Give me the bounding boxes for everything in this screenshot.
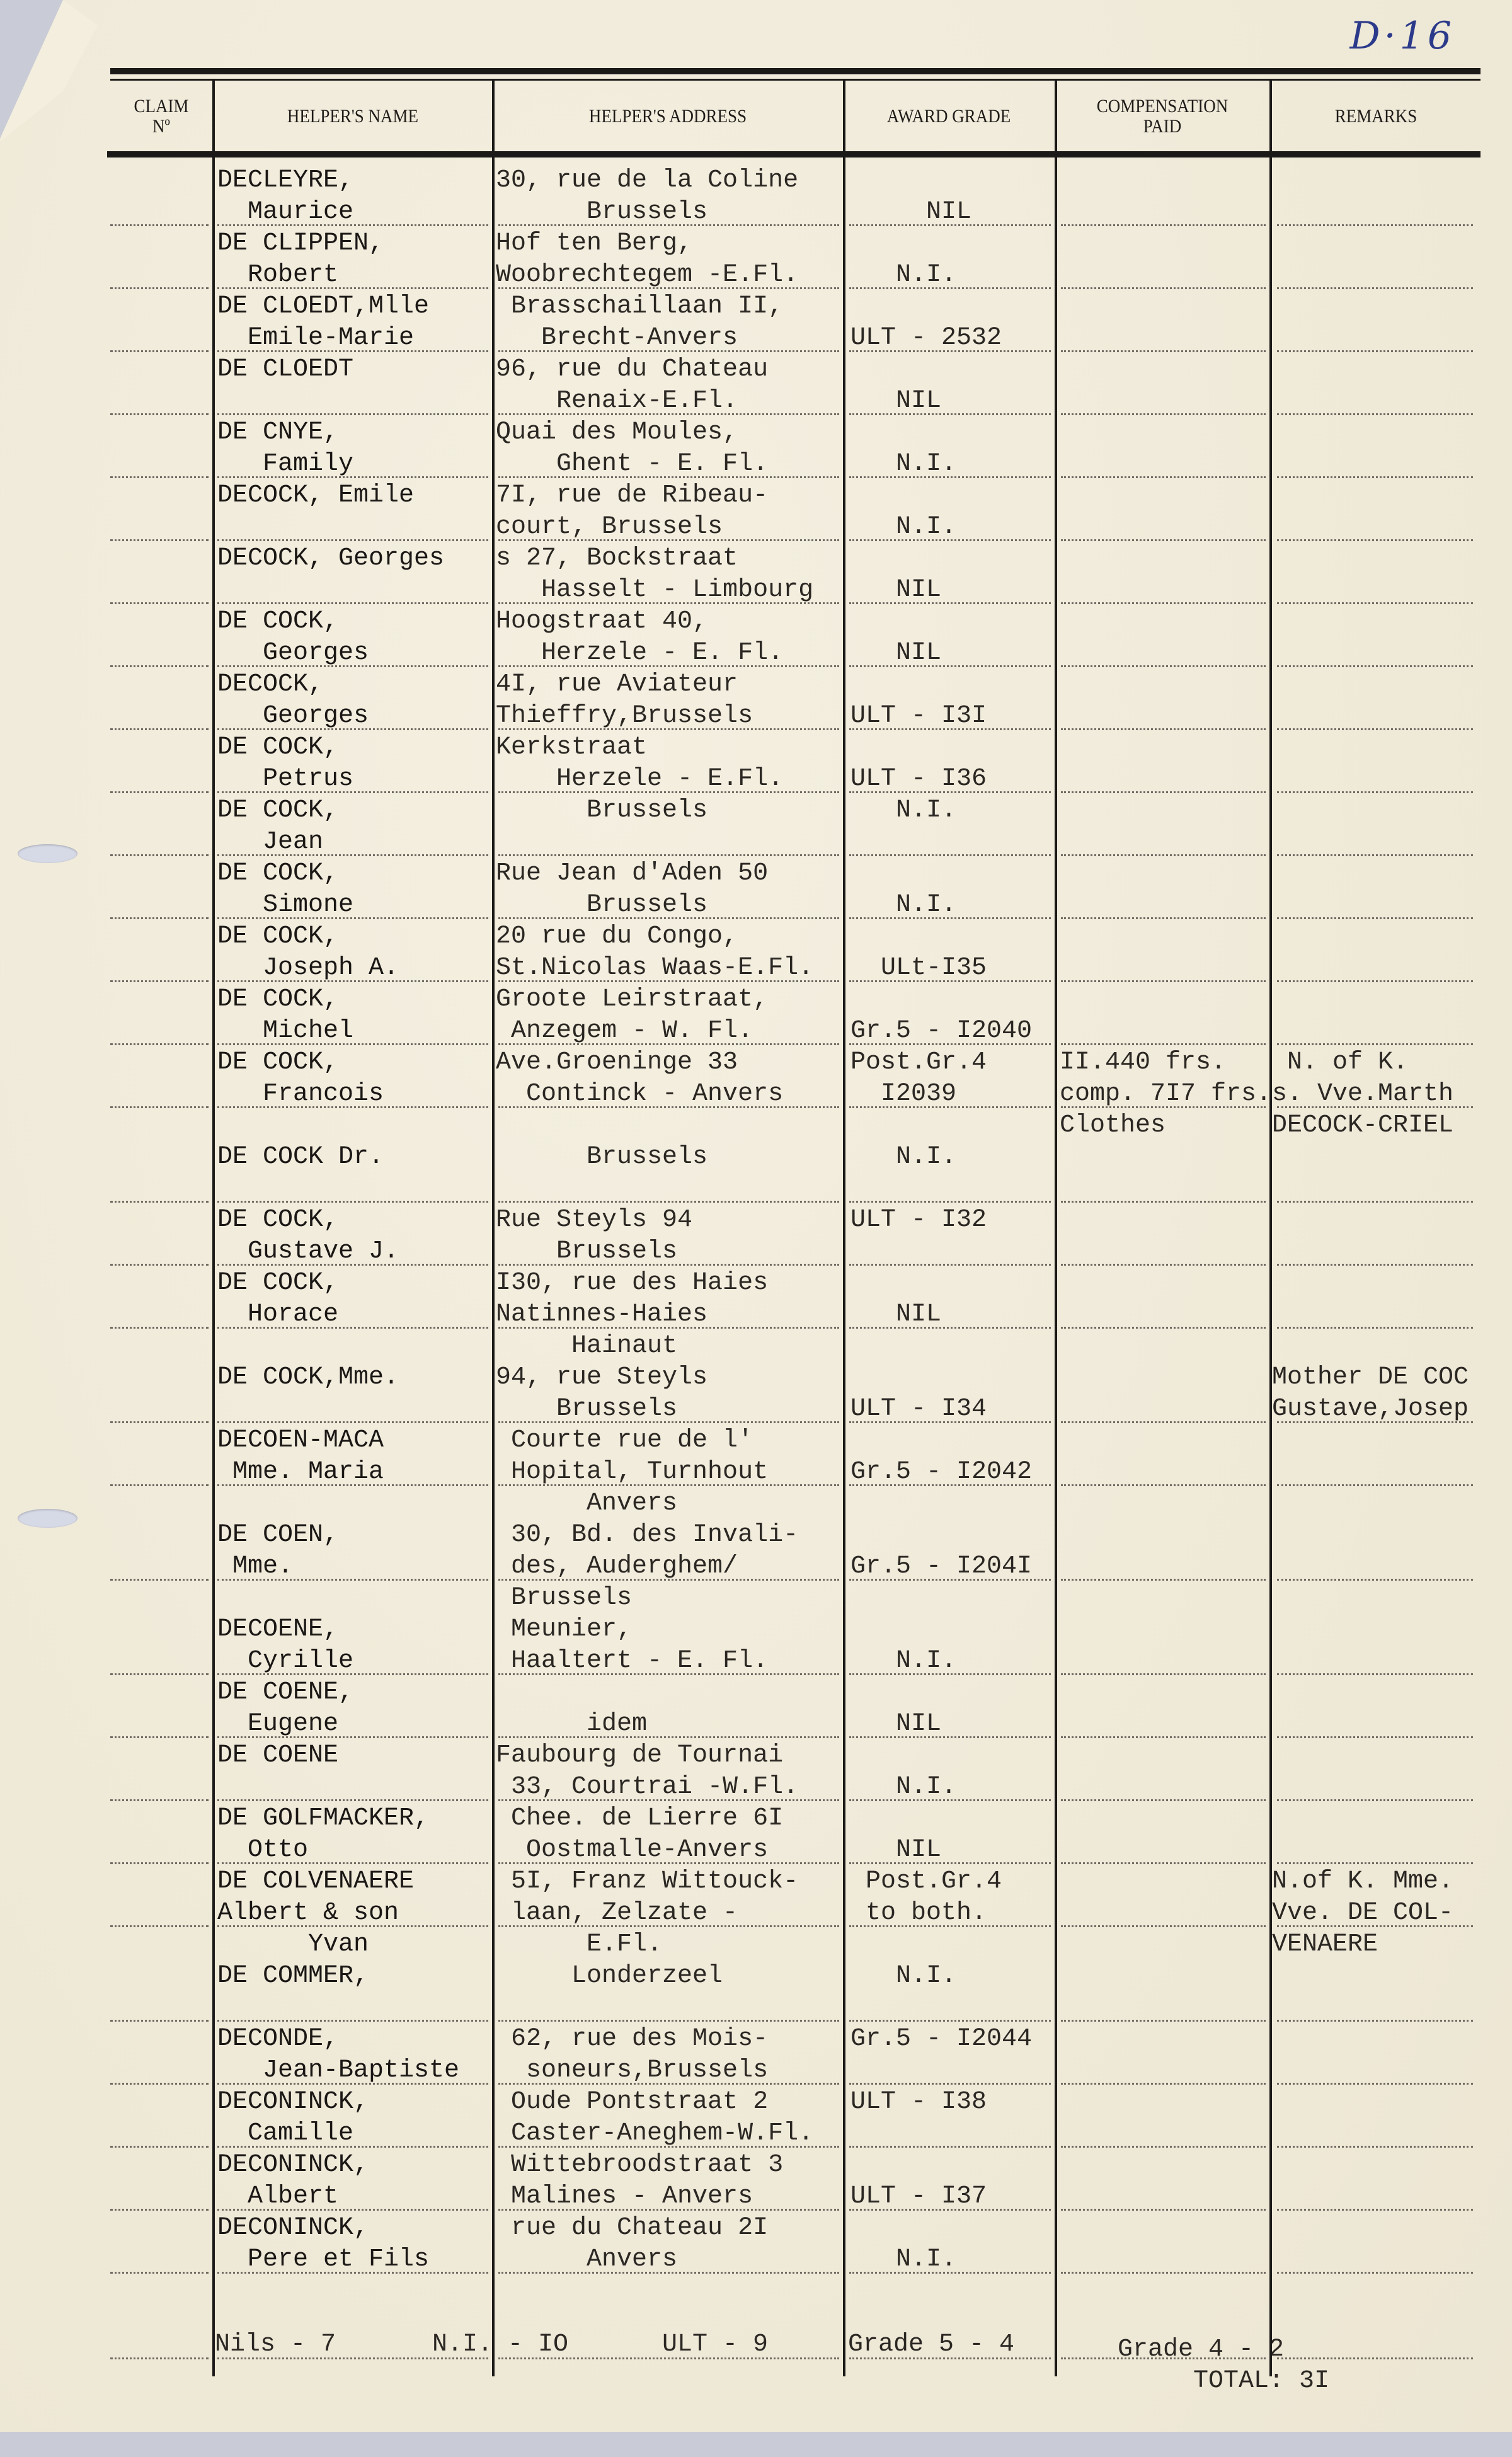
row-separator — [849, 1043, 1051, 1045]
header-award-grade: AWARD GRADE — [855, 79, 1043, 154]
row-separator — [217, 476, 488, 478]
row-separator — [498, 2083, 839, 2085]
row-separator — [110, 665, 209, 667]
row-separator — [1277, 1673, 1473, 1675]
helper-address: Renaix-E.Fl. — [496, 386, 738, 417]
award-grade: NIL — [850, 1835, 941, 1866]
row-separator — [498, 1106, 839, 1108]
row-separator — [849, 1421, 1051, 1423]
row-separator — [1061, 854, 1266, 856]
row-separator — [1061, 1421, 1266, 1423]
row-separator — [217, 1862, 488, 1864]
row-separator — [1061, 1264, 1266, 1266]
helper-address: 96, rue du Chateau — [496, 354, 768, 386]
row-separator — [498, 1736, 839, 1738]
helper-name-line: Mme. Maria — [217, 1457, 384, 1488]
row-separator — [1061, 1736, 1266, 1738]
row-separator — [498, 791, 839, 793]
helper-name: DECOENE, — [217, 1614, 338, 1646]
header-helpers-name: HELPER'S NAME — [228, 79, 478, 154]
row-separator — [849, 413, 1051, 415]
row-separator — [1061, 917, 1266, 919]
helper-address: Courte rue de l' — [496, 1425, 753, 1457]
row-separator — [1277, 2020, 1473, 2022]
row-separator — [1061, 602, 1266, 604]
remarks: Vve. DE COL- — [1272, 1898, 1453, 1929]
helper-name: DECOCK, — [217, 669, 323, 701]
summary-grade5: Grade 5 - 4 — [848, 2329, 1014, 2361]
row-separator — [498, 1925, 839, 1927]
row-separator — [1061, 1484, 1266, 1486]
row-separator — [498, 1862, 839, 1864]
row-separator — [217, 1799, 488, 1801]
helper-name-line: Albert & son — [217, 1898, 399, 1929]
award-grade: N.I. — [850, 449, 956, 480]
row-separator — [1061, 287, 1266, 289]
helper-address: 94, rue Steyls — [496, 1362, 707, 1394]
helper-address: Quai des Moules, — [496, 417, 738, 449]
header-claim-no: CLAIM Nº — [115, 79, 207, 154]
helper-name: DE COCK, — [217, 921, 338, 953]
helper-address: Herzele - E. Fl. — [496, 638, 783, 669]
helper-name-line: Francois — [217, 1079, 384, 1110]
row-separator — [217, 1421, 488, 1423]
row-separator — [849, 854, 1051, 856]
compensation-paid: Clothes — [1060, 1110, 1165, 1142]
helper-address: Rue Jean d'Aden 50 — [496, 858, 768, 890]
row-separator — [1277, 1862, 1473, 1864]
helper-address: Thieffry,Brussels — [496, 701, 753, 732]
row-separator — [1277, 728, 1473, 730]
compensation-paid: comp. 7I7 frs. — [1060, 1079, 1271, 1110]
row-separator — [498, 2020, 839, 2022]
helper-address: Herzele - E.Fl. — [496, 764, 783, 795]
helper-name: DECOCK, Emile — [217, 480, 414, 512]
row-separator — [110, 2020, 209, 2022]
row-separator — [217, 413, 488, 415]
column-divider — [843, 81, 845, 151]
row-separator — [1061, 665, 1266, 667]
row-separator — [217, 980, 488, 982]
punch-hole — [18, 844, 77, 863]
helper-address: Brussels — [496, 795, 707, 827]
helper-name-line: Albert — [217, 2181, 338, 2213]
helper-address: Brussels — [496, 1142, 707, 1173]
helper-address: 5I, Franz Wittouck- — [496, 1866, 798, 1898]
award-grade: ULT - I32 — [850, 1205, 987, 1236]
column-divider — [1269, 157, 1272, 2376]
remarks: Gustave,Josep — [1272, 1394, 1469, 1425]
helper-address: Groote Leirstraat, — [496, 984, 768, 1016]
row-separator — [849, 287, 1051, 289]
row-separator — [110, 2146, 209, 2148]
row-separator — [110, 1579, 209, 1581]
row-separator — [849, 2020, 1051, 2022]
row-separator — [498, 224, 839, 226]
header-remarks: REMARKS — [1282, 79, 1470, 154]
row-separator — [849, 665, 1051, 667]
row-separator — [110, 1264, 209, 1266]
row-separator — [1061, 224, 1266, 226]
helper-name: DE GOLFMACKER, — [217, 1803, 429, 1835]
row-separator — [110, 2357, 209, 2359]
award-grade: N.I. — [850, 1772, 956, 1803]
row-separator — [217, 1736, 488, 1738]
row-separator — [498, 854, 839, 856]
helper-address: Haaltert - E. Fl. — [496, 1646, 768, 1677]
row-separator — [110, 1736, 209, 1738]
helper-name: DE COENE, — [217, 1677, 353, 1709]
row-separator — [498, 1673, 839, 1675]
row-separator — [849, 1925, 1051, 1927]
row-separator — [110, 476, 209, 478]
summary-total: TOTAL: 3I — [1193, 2366, 1329, 2397]
column-divider — [492, 81, 495, 151]
row-separator — [849, 791, 1051, 793]
helper-address: Hof ten Berg, — [496, 228, 692, 260]
helper-address: court, Brussels — [496, 512, 723, 543]
row-separator — [217, 1327, 488, 1329]
row-separator — [1277, 413, 1473, 415]
row-separator — [1277, 1043, 1473, 1045]
helper-name-line: Michel — [217, 1016, 353, 1047]
row-separator — [1277, 1327, 1473, 1329]
row-separator — [110, 1106, 209, 1108]
helper-name: DE COCK Dr. — [217, 1142, 384, 1173]
remarks: s. Vve.Marth — [1272, 1079, 1453, 1110]
row-separator — [110, 539, 209, 541]
row-separator — [1277, 1579, 1473, 1581]
helper-name: DECOEN-MACA — [217, 1425, 384, 1457]
award-grade: N.I. — [850, 2244, 956, 2276]
award-grade: ULT - I3I — [850, 701, 987, 732]
row-separator — [849, 917, 1051, 919]
helper-address: Brussels — [496, 890, 707, 921]
row-separator — [1277, 1421, 1473, 1423]
row-separator — [1277, 2209, 1473, 2211]
helper-address: idem — [496, 1709, 647, 1740]
award-grade: N.I. — [850, 1142, 956, 1173]
helper-name: DE COLVENAERE — [217, 1866, 414, 1898]
summary-ni: N.I. - IO — [432, 2329, 568, 2361]
helper-name: DE COCK, — [217, 1205, 338, 1236]
helper-address: Kerkstraat — [496, 732, 647, 764]
row-separator — [849, 1106, 1051, 1108]
helper-address: s 27, Bockstraat — [496, 543, 738, 575]
row-separator — [217, 287, 488, 289]
row-separator — [1061, 2020, 1266, 2022]
row-separator — [1061, 2083, 1266, 2085]
row-separator — [217, 539, 488, 541]
column-divider — [212, 81, 215, 151]
row-separator — [110, 1043, 209, 1045]
row-separator — [110, 602, 209, 604]
row-separator — [110, 1862, 209, 1864]
row-separator — [1061, 791, 1266, 793]
award-grade: Gr.5 - I2040 — [850, 1016, 1032, 1047]
helper-address: 20 rue du Congo, — [496, 921, 738, 953]
helper-name: DECONINCK, — [217, 2150, 369, 2181]
helper-name: DE CLOEDT — [217, 354, 353, 386]
helper-address: Anzegem - W. Fl. — [496, 1016, 753, 1047]
helper-name: DE COCK, — [217, 984, 338, 1016]
award-grade: ULT - I38 — [850, 2087, 987, 2118]
row-separator — [849, 2272, 1051, 2274]
award-grade: Gr.5 - I204I — [850, 1551, 1032, 1583]
row-separator — [217, 728, 488, 730]
row-separator — [849, 2209, 1051, 2211]
header-helpers-address: HELPER'S ADDRESS — [512, 79, 824, 154]
helper-address: Caster-Aneghem-W.Fl. — [496, 2118, 813, 2150]
row-separator — [1277, 350, 1473, 352]
row-separator — [1277, 476, 1473, 478]
helper-name-line: Petrus — [217, 764, 353, 795]
row-separator — [1061, 1327, 1266, 1329]
row-separator — [1061, 413, 1266, 415]
row-separator — [498, 539, 839, 541]
award-grade: to both. — [850, 1898, 987, 1929]
row-separator — [849, 728, 1051, 730]
row-separator — [849, 1484, 1051, 1486]
remarks: Mother DE COC — [1272, 1362, 1469, 1394]
row-separator — [110, 1421, 209, 1423]
helper-name-line: Eugene — [217, 1709, 338, 1740]
remarks: N.of K. Mme. — [1272, 1866, 1453, 1898]
row-separator — [498, 602, 839, 604]
summary-nils: Nils - 7 — [215, 2329, 336, 2361]
row-separator — [498, 1799, 839, 1801]
helper-name-line: Camille — [217, 2118, 353, 2150]
row-separator — [217, 2083, 488, 2085]
helper-address: Oostmalle-Anvers — [496, 1835, 768, 1866]
helper-address: Ghent - E. Fl. — [496, 449, 768, 480]
helper-name: DE CNYE, — [217, 417, 338, 449]
row-separator — [1277, 1736, 1473, 1738]
award-grade: ULT - I34 — [850, 1394, 987, 1425]
helper-address: Meunier, — [496, 1614, 632, 1646]
helper-address: Brussels — [496, 1394, 677, 1425]
helper-name-line: Simone — [217, 890, 353, 921]
helper-address: Brasschaillaan II, — [496, 291, 783, 323]
helper-name-line: Emile-Marie — [217, 323, 414, 354]
helper-name-line: Yvan — [217, 1929, 369, 1961]
helper-name-line: Jean — [217, 827, 323, 858]
helper-address: 30, Bd. des Invali- — [496, 1520, 798, 1551]
helper-name: DE COCK, — [217, 732, 338, 764]
helper-name: DECLEYRE, — [217, 165, 353, 197]
row-separator — [849, 602, 1051, 604]
row-separator — [849, 1673, 1051, 1675]
row-separator — [1277, 1106, 1473, 1108]
row-separator — [849, 1201, 1051, 1203]
page-mark: D·16 — [1349, 14, 1455, 58]
row-separator — [1061, 350, 1266, 352]
helper-address: Hoogstraat 40, — [496, 606, 707, 638]
row-separator — [217, 791, 488, 793]
award-grade: NIL — [850, 1299, 941, 1331]
row-separator — [498, 350, 839, 352]
helper-address: 33, Courtrai -W.Fl. — [496, 1772, 798, 1803]
row-separator — [1277, 854, 1473, 856]
row-separator — [1277, 224, 1473, 226]
row-separator — [849, 1579, 1051, 1581]
column-divider — [492, 157, 495, 2376]
award-grade: I2039 — [850, 1079, 956, 1110]
row-separator — [1277, 2357, 1473, 2359]
row-separator — [849, 224, 1051, 226]
helper-address: Hainaut — [496, 1331, 677, 1362]
row-separator — [217, 602, 488, 604]
helper-name: DE CLOEDT,Mlle — [217, 291, 429, 323]
row-separator — [217, 2209, 488, 2211]
helper-address: Ave.Groeninge 33 — [496, 1047, 738, 1079]
helper-address: des, Auderghem/ — [496, 1551, 738, 1583]
helper-name-line: Cyrille — [217, 1646, 353, 1677]
helper-address: Rue Steyls 94 — [496, 1205, 692, 1236]
row-separator — [1061, 539, 1266, 541]
summary-ult: ULT - 9 — [662, 2329, 768, 2361]
row-separator — [110, 1673, 209, 1675]
row-separator — [217, 2272, 488, 2274]
award-grade: ULT - I37 — [850, 2181, 987, 2213]
row-separator — [849, 476, 1051, 478]
helper-name-line: Pere et Fils — [217, 2244, 429, 2276]
row-separator — [849, 350, 1051, 352]
helper-name: DECONINCK, — [217, 2213, 369, 2244]
helper-address: Hasselt - Limbourg — [496, 575, 813, 606]
helper-address: Brussels — [496, 1583, 632, 1614]
row-separator — [849, 539, 1051, 541]
row-separator — [1277, 791, 1473, 793]
row-separator — [1277, 1799, 1473, 1801]
award-grade: NIL — [850, 638, 941, 669]
row-separator — [1277, 2146, 1473, 2148]
row-separator — [1061, 1925, 1266, 1927]
helper-address: 62, rue des Mois- — [496, 2024, 768, 2055]
row-separator — [110, 2083, 209, 2085]
row-separator — [849, 1327, 1051, 1329]
row-separator — [217, 917, 488, 919]
row-separator — [1061, 1799, 1266, 1801]
row-separator — [217, 1484, 488, 1486]
award-grade: N.I. — [850, 1646, 956, 1677]
column-divider — [1269, 81, 1272, 151]
helper-address: soneurs,Brussels — [496, 2055, 768, 2087]
row-separator — [849, 1799, 1051, 1801]
row-separator — [110, 1327, 209, 1329]
row-separator — [849, 1862, 1051, 1864]
row-separator — [110, 728, 209, 730]
column-divider — [843, 157, 845, 2376]
row-separator — [1277, 1264, 1473, 1266]
row-separator — [217, 1925, 488, 1927]
row-separator — [1277, 2083, 1473, 2085]
row-separator — [217, 224, 488, 226]
helper-name-line: Mme. — [217, 1551, 293, 1583]
row-separator — [217, 1579, 488, 1581]
row-separator — [1061, 1043, 1266, 1045]
award-grade: ULT - I36 — [850, 764, 987, 795]
row-separator — [110, 1799, 209, 1801]
award-grade: ULt-I35 — [850, 953, 987, 984]
award-grade: NIL — [850, 575, 941, 606]
helper-name-line: Georges — [217, 701, 369, 732]
award-grade: NIL — [850, 386, 941, 417]
row-separator — [498, 413, 839, 415]
row-separator — [498, 2209, 839, 2211]
row-separator — [849, 1264, 1051, 1266]
row-separator — [217, 665, 488, 667]
helper-name-line: Horace — [217, 1299, 338, 1331]
helper-address: Continck - Anvers — [496, 1079, 783, 1110]
helper-address: Wittebroodstraat 3 — [496, 2150, 783, 2181]
row-separator — [1061, 1673, 1266, 1675]
helper-address: Brecht-Anvers — [496, 323, 738, 354]
row-separator — [1277, 2272, 1473, 2274]
row-separator — [110, 287, 209, 289]
helper-address: Malines - Anvers — [496, 2181, 753, 2213]
row-separator — [110, 413, 209, 415]
compensation-paid: II.440 frs. — [1060, 1047, 1226, 1079]
row-separator — [1277, 602, 1473, 604]
helper-name: DE COCK, — [217, 795, 338, 827]
row-separator — [498, 476, 839, 478]
award-grade: ULT - 2532 — [850, 323, 1002, 354]
helper-name: DE CLIPPEN, — [217, 228, 384, 260]
award-grade: N.I. — [850, 512, 956, 543]
helper-name: DE COEN, — [217, 1520, 338, 1551]
helper-address: Brussels — [496, 1236, 677, 1268]
row-separator — [1061, 2146, 1266, 2148]
row-separator — [498, 728, 839, 730]
award-grade: NIL — [850, 1709, 941, 1740]
award-grade: Gr.5 - I2042 — [850, 1457, 1032, 1488]
helper-address: E.Fl. — [496, 1929, 662, 1961]
helper-address: I30, rue des Haies — [496, 1268, 768, 1299]
row-separator — [217, 1106, 488, 1108]
punch-hole — [18, 1509, 77, 1528]
helper-name-line: Georges — [217, 638, 369, 669]
award-grade: N.I. — [850, 260, 956, 291]
row-separator — [1277, 539, 1473, 541]
helper-name: DE COENE — [217, 1740, 338, 1772]
helper-address: St.Nicolas Waas-E.Fl. — [496, 953, 813, 984]
remarks: N. of K. — [1272, 1047, 1408, 1079]
remarks: DECOCK-CRIEL — [1272, 1110, 1453, 1142]
row-separator — [1061, 1106, 1266, 1108]
row-separator — [110, 854, 209, 856]
row-separator — [849, 2146, 1051, 2148]
helper-address: rue du Chateau 2I — [496, 2213, 768, 2244]
row-separator — [498, 1579, 839, 1581]
helper-address: Hopital, Turnhout — [496, 1457, 768, 1488]
row-separator — [849, 980, 1051, 982]
row-separator — [110, 224, 209, 226]
helper-name-line: Gustave J. — [217, 1236, 399, 1268]
row-separator — [498, 665, 839, 667]
helper-name-line: Maurice — [217, 197, 353, 228]
helper-name-line: Robert — [217, 260, 338, 291]
helper-address: Brussels — [496, 197, 707, 228]
row-separator — [110, 791, 209, 793]
row-separator — [498, 1264, 839, 1266]
award-grade: N.I. — [850, 795, 956, 827]
helper-name-line: Jean-Baptiste — [217, 2055, 459, 2087]
row-separator — [498, 1201, 839, 1203]
helper-address: Woobrechtegem -E.Fl. — [496, 260, 798, 291]
helper-address: Faubourg de Tournai — [496, 1740, 783, 1772]
helper-address: Oude Pontstraat 2 — [496, 2087, 768, 2118]
